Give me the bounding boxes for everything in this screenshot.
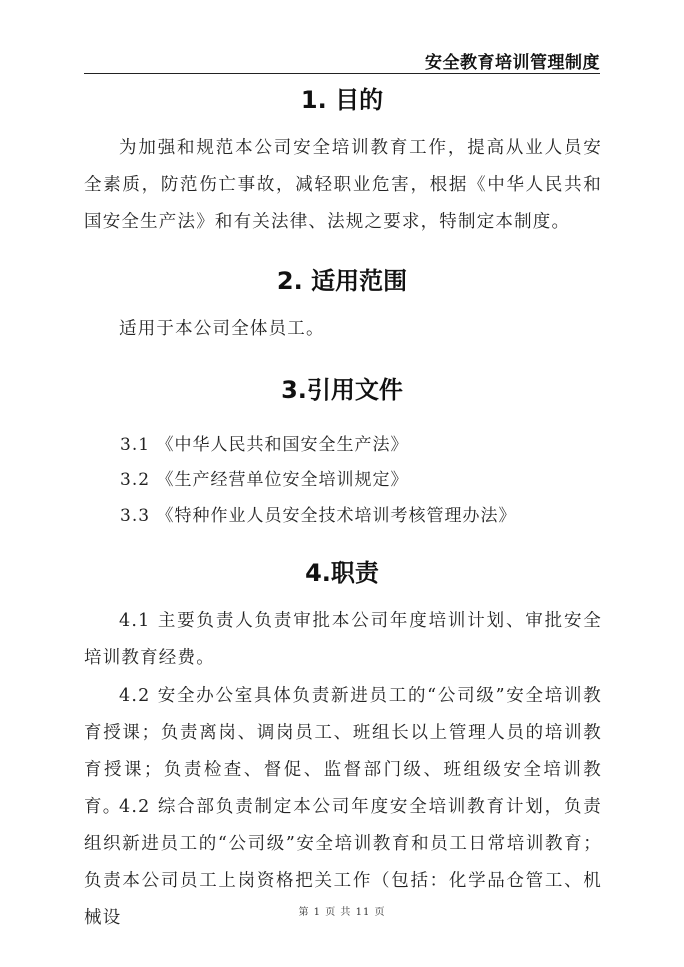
section-heading-references: 3.引用文件 (0, 370, 684, 405)
section-heading-purpose: 1. 目的 (0, 80, 684, 115)
reference-item: 3.1 《中华人民共和国安全生产法》 (120, 430, 408, 455)
responsibility-paragraph: 4.1 主要负责人负责审批本公司年度培训计划、审批安全培训教育经费。 (84, 603, 602, 677)
section-heading-responsibilities: 4.职责 (0, 553, 684, 588)
page-number: 第 1 页 共 11 页 (0, 903, 684, 918)
reference-item: 3.3 《特种作业人员安全技术培训考核管理办法》 (120, 501, 516, 526)
document-title: 安全教育培训管理制度 (425, 48, 600, 73)
scope-paragraph: 适用于本公司全体员工。 (84, 311, 602, 348)
reference-item: 3.2 《生产经营单位安全培训规定》 (120, 465, 408, 490)
purpose-paragraph: 为加强和规范本公司安全培训教育工作，提高从业人员安全素质，防范伤亡事故，减轻职业… (84, 130, 602, 241)
section-heading-scope: 2. 适用范围 (0, 261, 684, 296)
header-divider (84, 73, 600, 74)
